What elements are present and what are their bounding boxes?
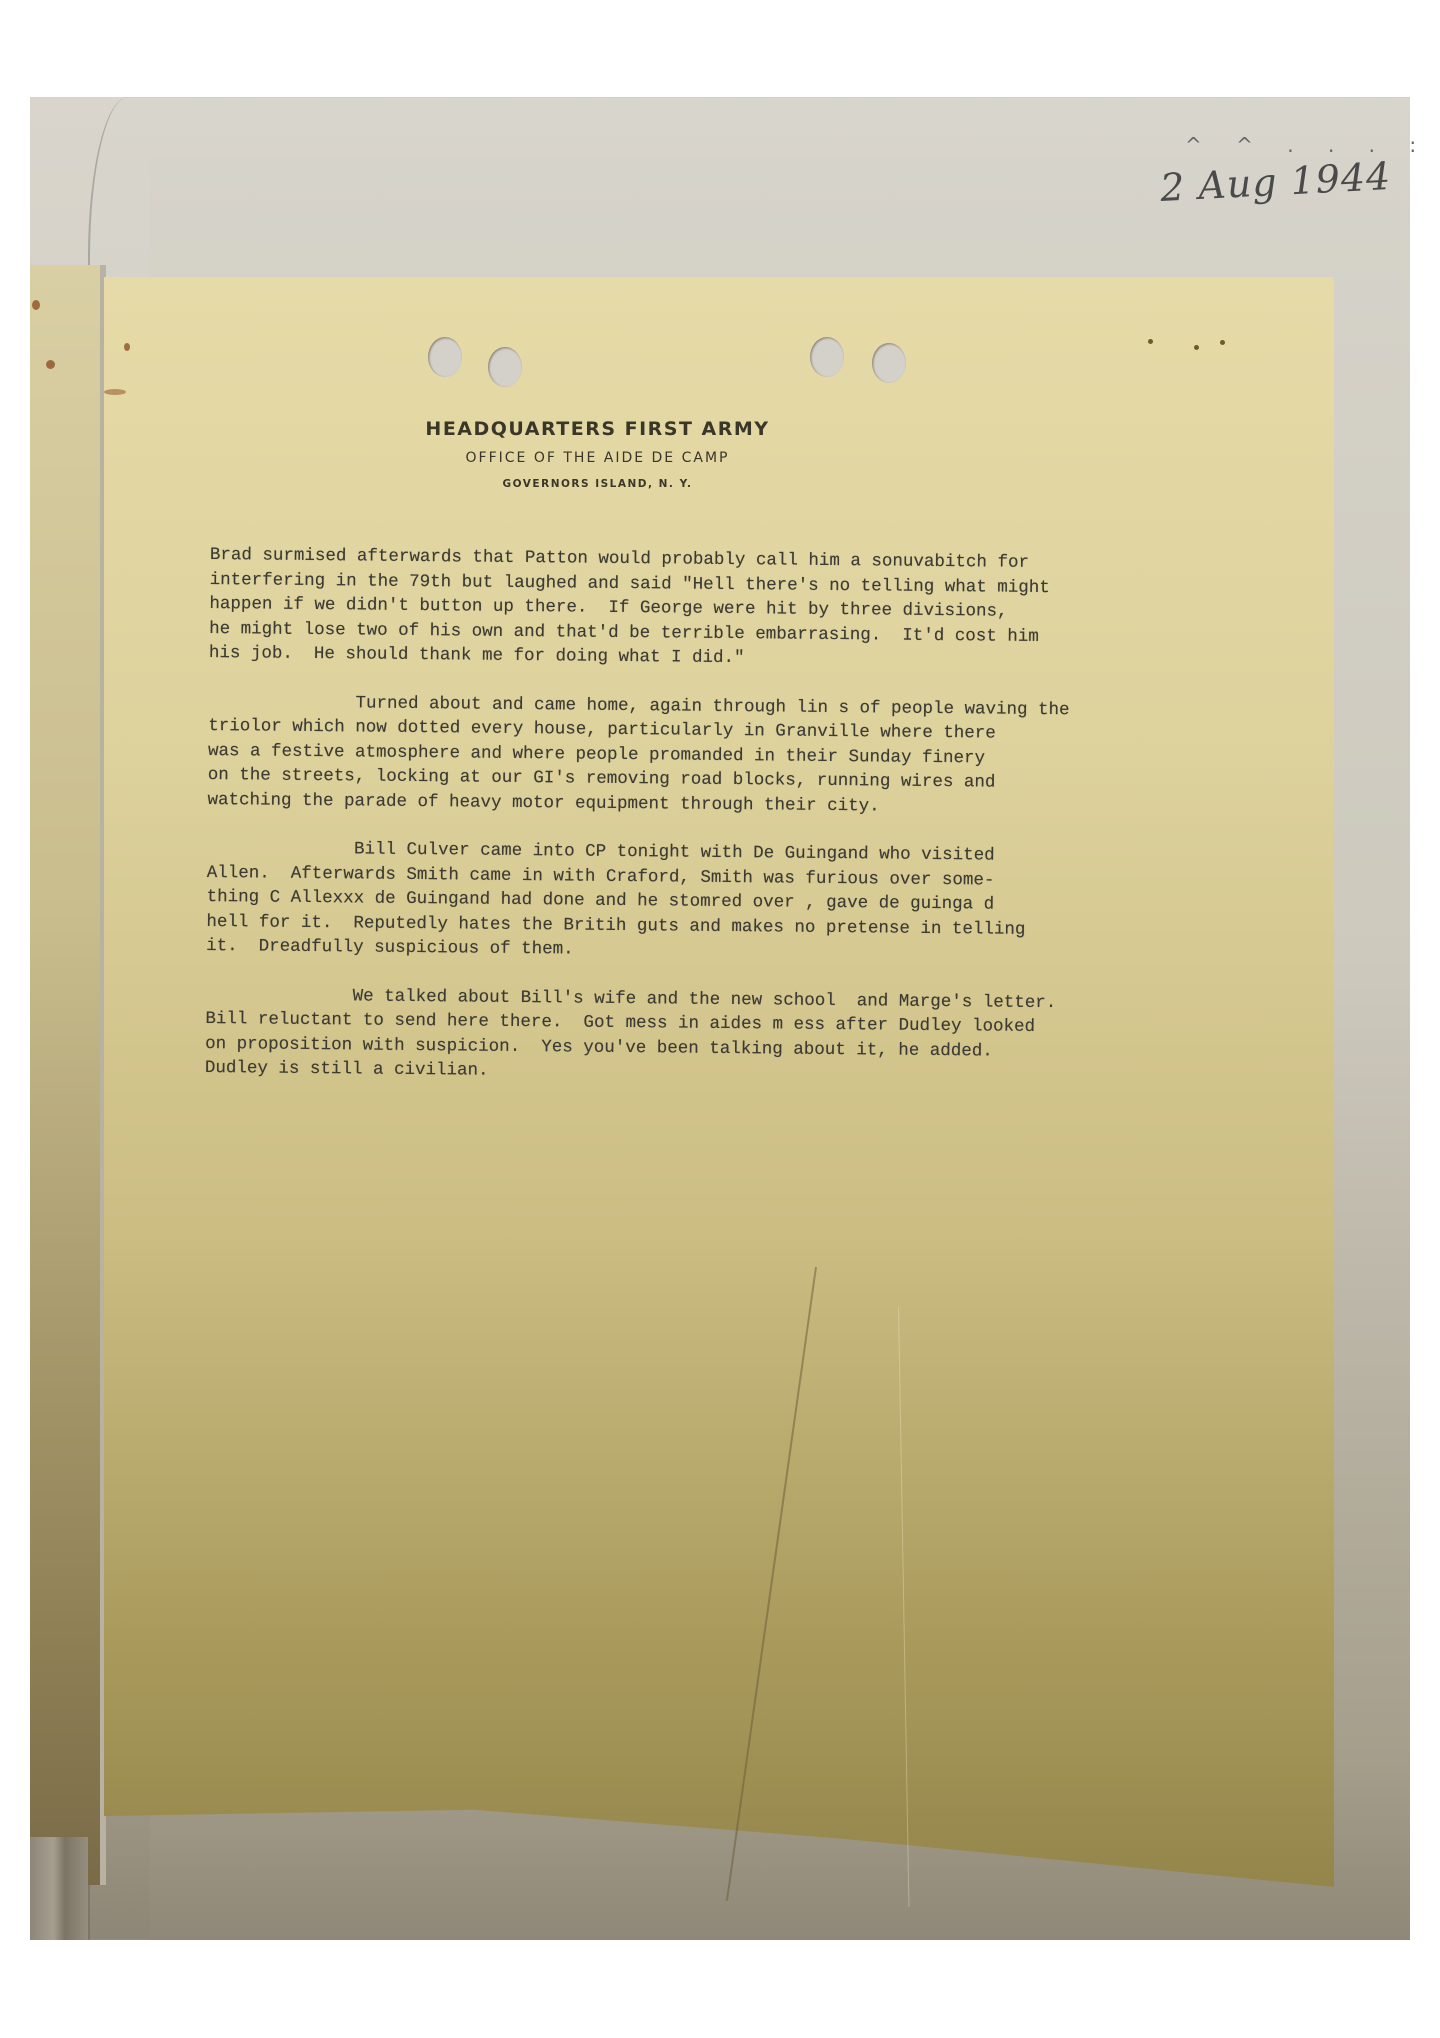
tack-mark bbox=[1148, 339, 1153, 344]
punch-hole bbox=[428, 337, 462, 377]
tack-mark bbox=[1220, 340, 1225, 345]
punch-hole bbox=[872, 343, 906, 383]
tack-mark bbox=[1194, 345, 1199, 350]
paragraph: Turned about and came home, again throug… bbox=[207, 689, 1288, 822]
paragraph: We talked about Bill's wife and the new … bbox=[205, 982, 1286, 1090]
punch-hole bbox=[488, 347, 522, 387]
paragraph: Brad surmised afterwards that Patton wou… bbox=[209, 543, 1290, 676]
letterhead-location: GOVERNORS ISLAND, N. Y. bbox=[0, 478, 1440, 490]
letterhead-office: OFFICE OF THE AIDE DE CAMP bbox=[0, 450, 1440, 466]
stain-mark bbox=[124, 343, 130, 351]
pencil-marks: ^ ^ . . . : bbox=[1185, 133, 1430, 157]
left-folder-strip bbox=[30, 265, 106, 1885]
paragraph: Bill Culver came into CP tonight with De… bbox=[206, 836, 1287, 969]
typed-body: Brad surmised afterwards that Patton wou… bbox=[205, 543, 1290, 1115]
stain-mark bbox=[46, 360, 55, 369]
letterhead-title: HEADQUARTERS FIRST ARMY bbox=[0, 418, 1440, 440]
stain-mark bbox=[104, 389, 126, 395]
letterhead: HEADQUARTERS FIRST ARMY OFFICE OF THE AI… bbox=[0, 418, 1440, 490]
punch-hole bbox=[810, 337, 844, 377]
left-strip-bottom bbox=[30, 1837, 88, 1940]
stain-mark bbox=[32, 300, 40, 310]
